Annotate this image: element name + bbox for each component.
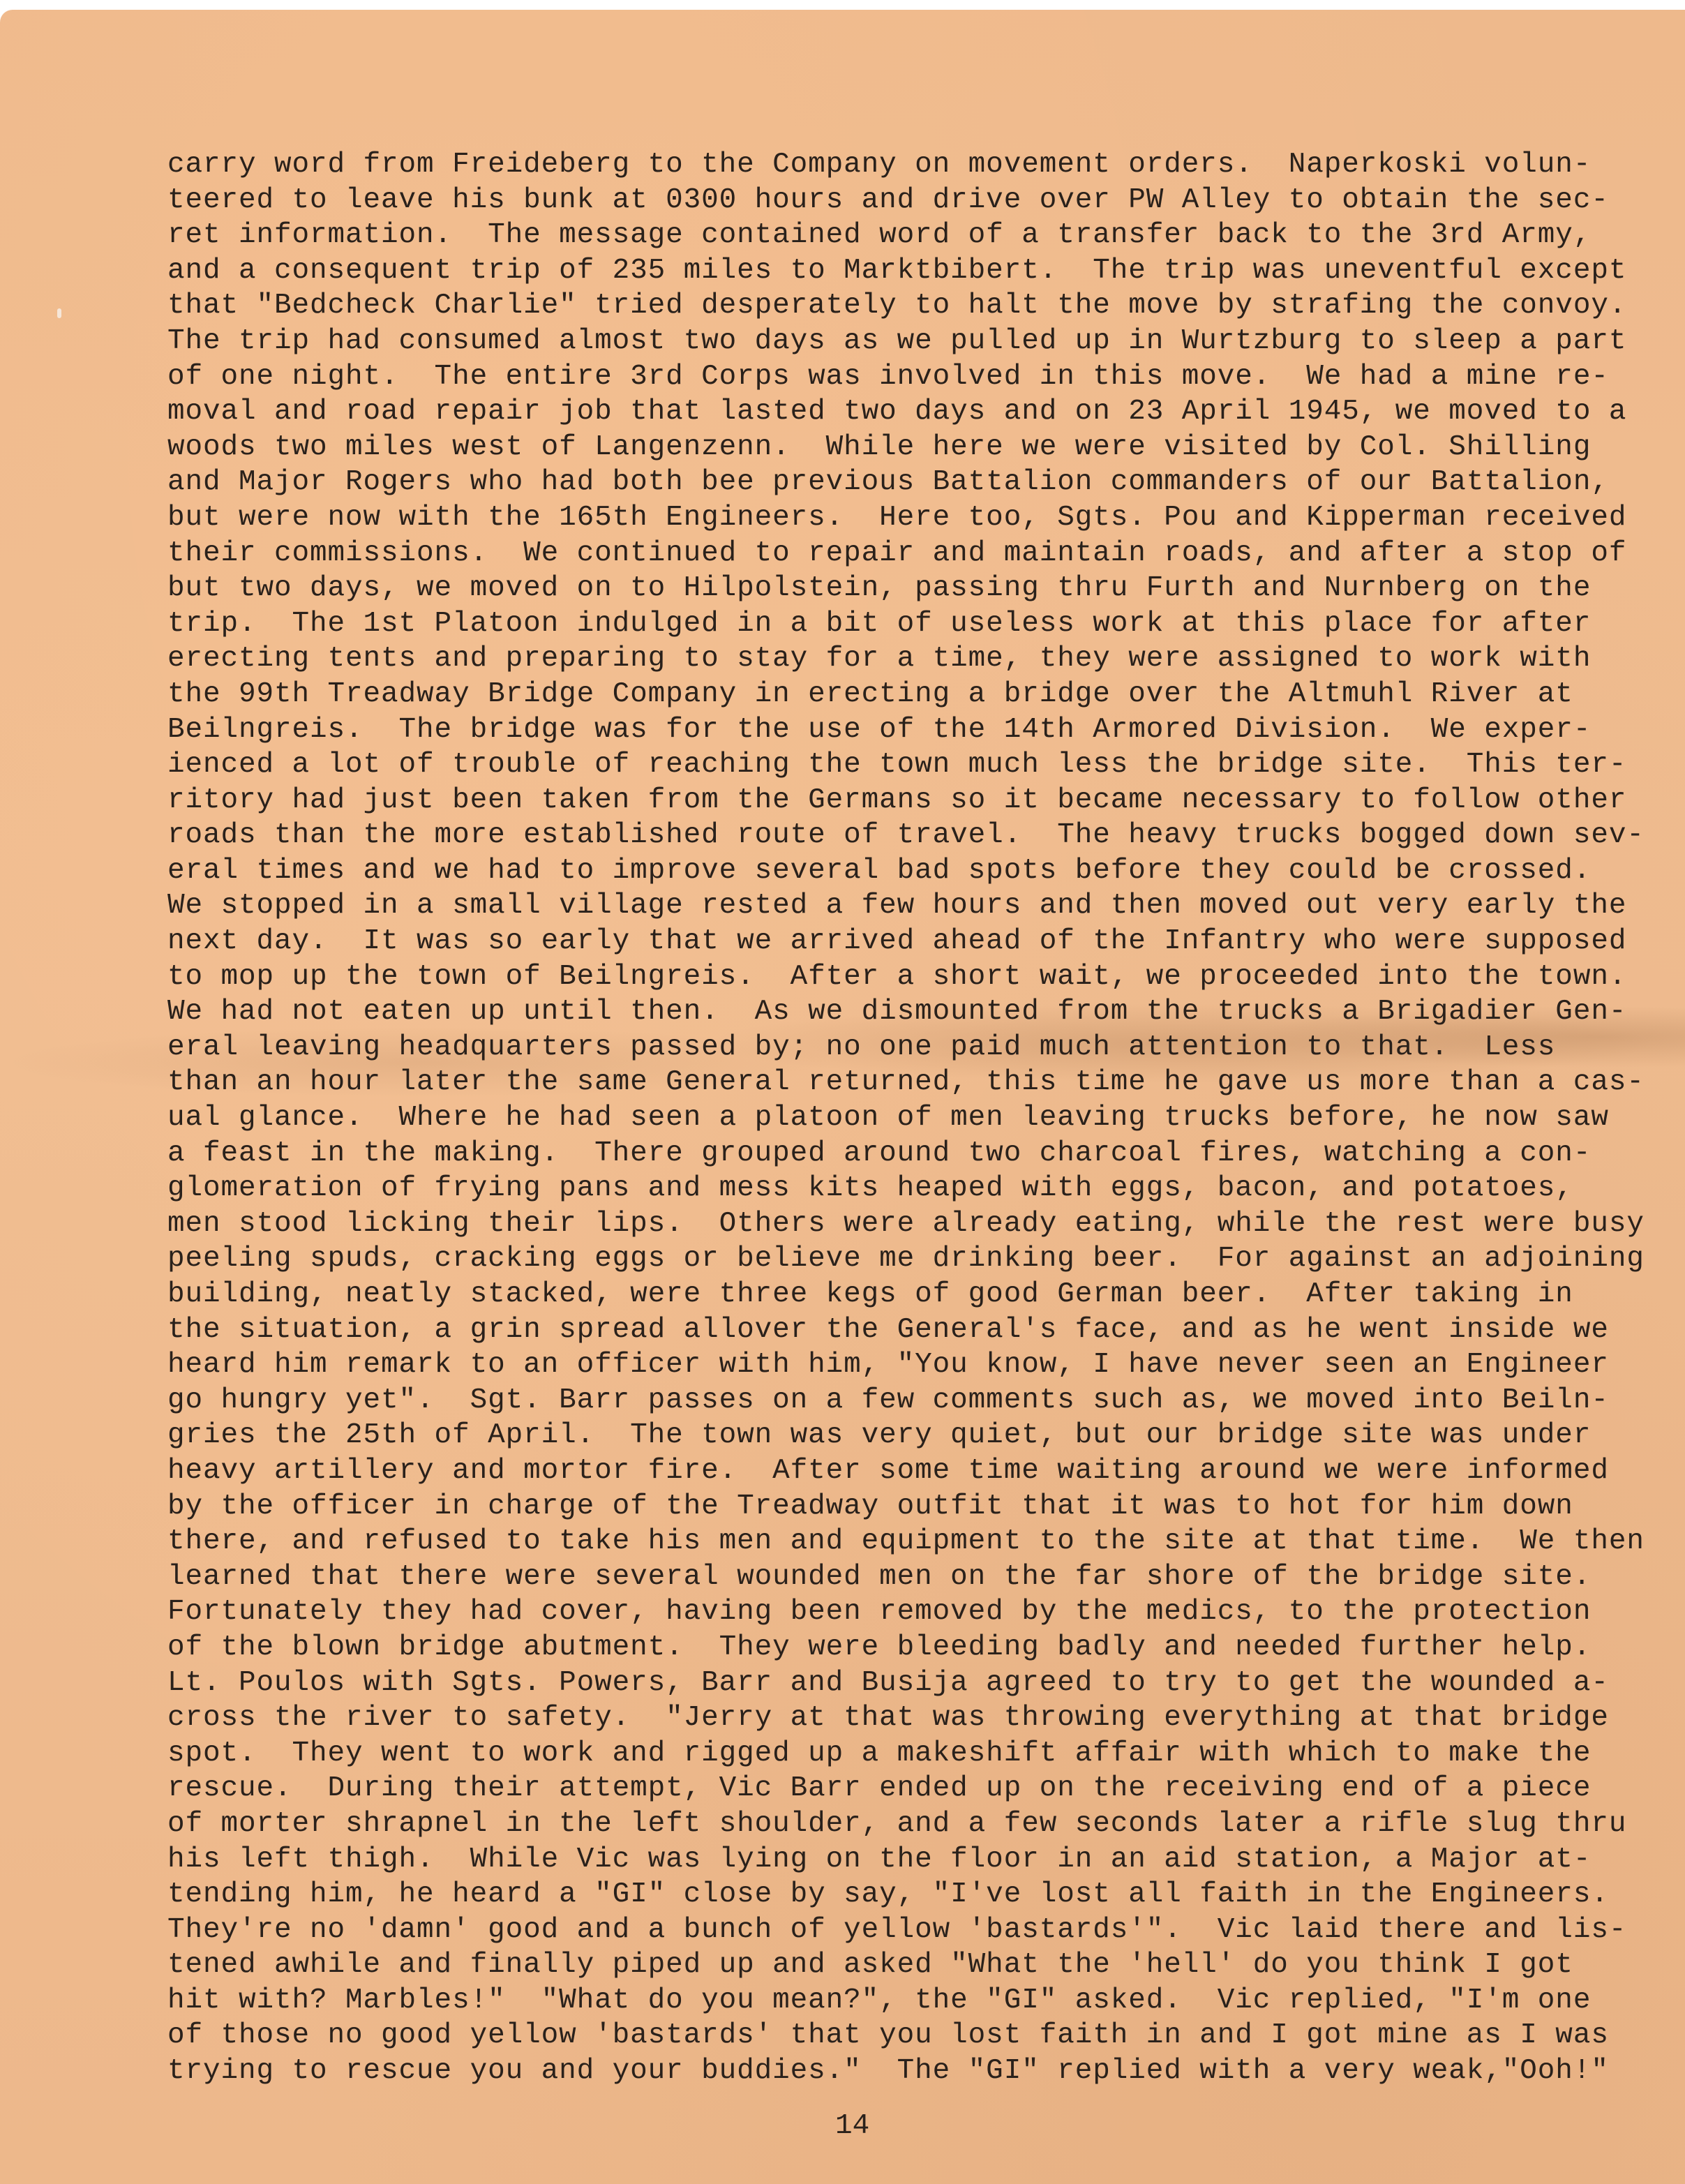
typewritten-page: carry word from Freideberg to the Compan… — [0, 10, 1685, 2184]
text-line: ret information. The message contained w… — [167, 218, 1647, 253]
text-line: Lt. Poulos with Sgts. Powers, Barr and B… — [167, 1666, 1647, 1701]
text-line: cross the river to safety. "Jerry at tha… — [167, 1700, 1647, 1736]
page-number: 14 — [835, 2110, 869, 2142]
binding-mark — [57, 308, 61, 318]
text-line: trip. The 1st Platoon indulged in a bit … — [167, 606, 1647, 642]
text-line: to mop up the town of Beilngreis. After … — [167, 959, 1647, 995]
text-line: that "Bedcheck Charlie" tried desperatel… — [167, 288, 1647, 324]
text-line: eral leaving headquarters passed by; no … — [167, 1030, 1647, 1065]
text-line: there, and refused to take his men and e… — [167, 1524, 1647, 1560]
text-line: gries the 25th of April. The town was ve… — [167, 1418, 1647, 1453]
text-line: glomeration of frying pans and mess kits… — [167, 1171, 1647, 1206]
text-line: tened awhile and finally piped up and as… — [167, 1947, 1647, 1983]
text-line: eral times and we had to improve several… — [167, 853, 1647, 889]
text-line: heavy artillery and mortor fire. After s… — [167, 1453, 1647, 1489]
text-line: We had not eaten up until then. As we di… — [167, 994, 1647, 1030]
text-line: rescue. During their attempt, Vic Barr e… — [167, 1771, 1647, 1807]
text-line: a feast in the making. There grouped aro… — [167, 1136, 1647, 1172]
text-line: their commissions. We continued to repai… — [167, 536, 1647, 571]
text-line: They're no 'damn' good and a bunch of ye… — [167, 1913, 1647, 1948]
text-line: hit with? Marbles!" "What do you mean?",… — [167, 1983, 1647, 2019]
text-line: men stood licking their lips. Others wer… — [167, 1206, 1647, 1242]
text-line: and Major Rogers who had both bee previo… — [167, 465, 1647, 500]
text-line: of morter shrapnel in the left shoulder,… — [167, 1807, 1647, 1842]
text-line: The trip had consumed almost two days as… — [167, 324, 1647, 359]
text-line: heard him remark to an officer with him,… — [167, 1347, 1647, 1383]
text-line: Fortunately they had cover, having been … — [167, 1594, 1647, 1630]
text-line: peeling spuds, cracking eggs or believe … — [167, 1241, 1647, 1277]
text-line: trying to rescue you and your buddies." … — [167, 2054, 1647, 2089]
text-line: teered to leave his bunk at 0300 hours a… — [167, 183, 1647, 218]
text-line: ual glance. Where he had seen a platoon … — [167, 1100, 1647, 1136]
text-line: learned that there were several wounded … — [167, 1560, 1647, 1595]
text-line: but were now with the 165th Engineers. H… — [167, 500, 1647, 536]
text-line: of those no good yellow 'bastards' that … — [167, 2018, 1647, 2054]
text-line: of the blown bridge abutment. They were … — [167, 1630, 1647, 1666]
text-line: ritory had just been taken from the Germ… — [167, 783, 1647, 818]
text-line: erecting tents and preparing to stay for… — [167, 641, 1647, 677]
text-line: and a consequent trip of 235 miles to Ma… — [167, 253, 1647, 289]
text-line: of one night. The entire 3rd Corps was i… — [167, 359, 1647, 395]
text-line: carry word from Freideberg to the Compan… — [167, 147, 1647, 183]
text-line: than an hour later the same General retu… — [167, 1065, 1647, 1100]
text-line: moval and road repair job that lasted tw… — [167, 394, 1647, 430]
text-line: by the officer in charge of the Treadway… — [167, 1489, 1647, 1525]
text-line: ienced a lot of trouble of reaching the … — [167, 747, 1647, 783]
text-line: his left thigh. While Vic was lying on t… — [167, 1842, 1647, 1878]
text-line: the situation, a grin spread allover the… — [167, 1312, 1647, 1348]
text-line: We stopped in a small village rested a f… — [167, 888, 1647, 924]
text-line: spot. They went to work and rigged up a … — [167, 1736, 1647, 1772]
text-line: roads than the more established route of… — [167, 818, 1647, 853]
text-line: building, neatly stacked, were three keg… — [167, 1277, 1647, 1312]
text-line: Beilngreis. The bridge was for the use o… — [167, 712, 1647, 748]
text-line: tending him, he heard a "GI" close by sa… — [167, 1877, 1647, 1913]
text-line: but two days, we moved on to Hilpolstein… — [167, 571, 1647, 606]
text-line: go hungry yet". Sgt. Barr passes on a fe… — [167, 1383, 1647, 1419]
text-line: the 99th Treadway Bridge Company in erec… — [167, 677, 1647, 712]
body-text: carry word from Freideberg to the Compan… — [167, 147, 1647, 2089]
text-line: woods two miles west of Langenzenn. Whil… — [167, 430, 1647, 465]
text-line: next day. It was so early that we arrive… — [167, 924, 1647, 959]
